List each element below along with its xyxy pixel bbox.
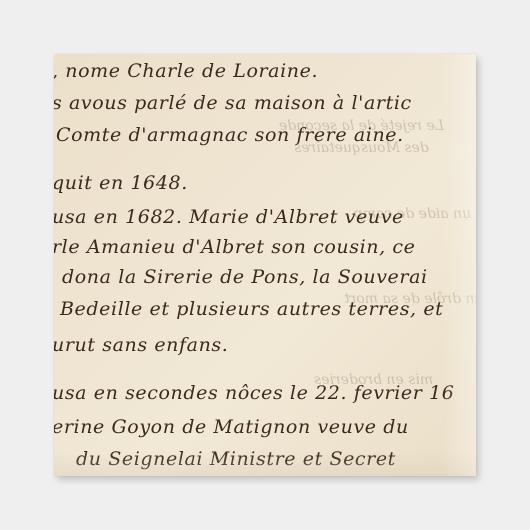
manuscript-line: rle Amanieu d'Albret son cousin, ce (54, 236, 416, 258)
manuscript-line: quit en 1648. (54, 172, 188, 194)
manuscript-line: Bedeille et plusieurs autres terres, et (60, 298, 443, 320)
manuscript-line: dona la Sirerie de Pons, la Souverai (62, 266, 428, 288)
manuscript-line: usa en 1682. Marie d'Albret veuve (54, 206, 404, 228)
manuscript-line: urut sans enfans. (54, 334, 228, 356)
manuscript-line: usa en secondes nôces le 22. fevrier 16 (54, 382, 454, 404)
manuscript-tile: Le rejeté de la seconde des Mousquetaire… (54, 54, 476, 476)
manuscript-line: s avous parlé de sa maison à l'artic (54, 92, 412, 114)
manuscript-line: du Seignelai Ministre et Secret (76, 448, 396, 470)
manuscript-line: , nome Charle de Loraine. (54, 60, 318, 82)
manuscript-line: Comte d'armagnac son frere aine. (56, 124, 404, 146)
manuscript-line: erine Goyon de Matignon veuve du (54, 416, 409, 438)
